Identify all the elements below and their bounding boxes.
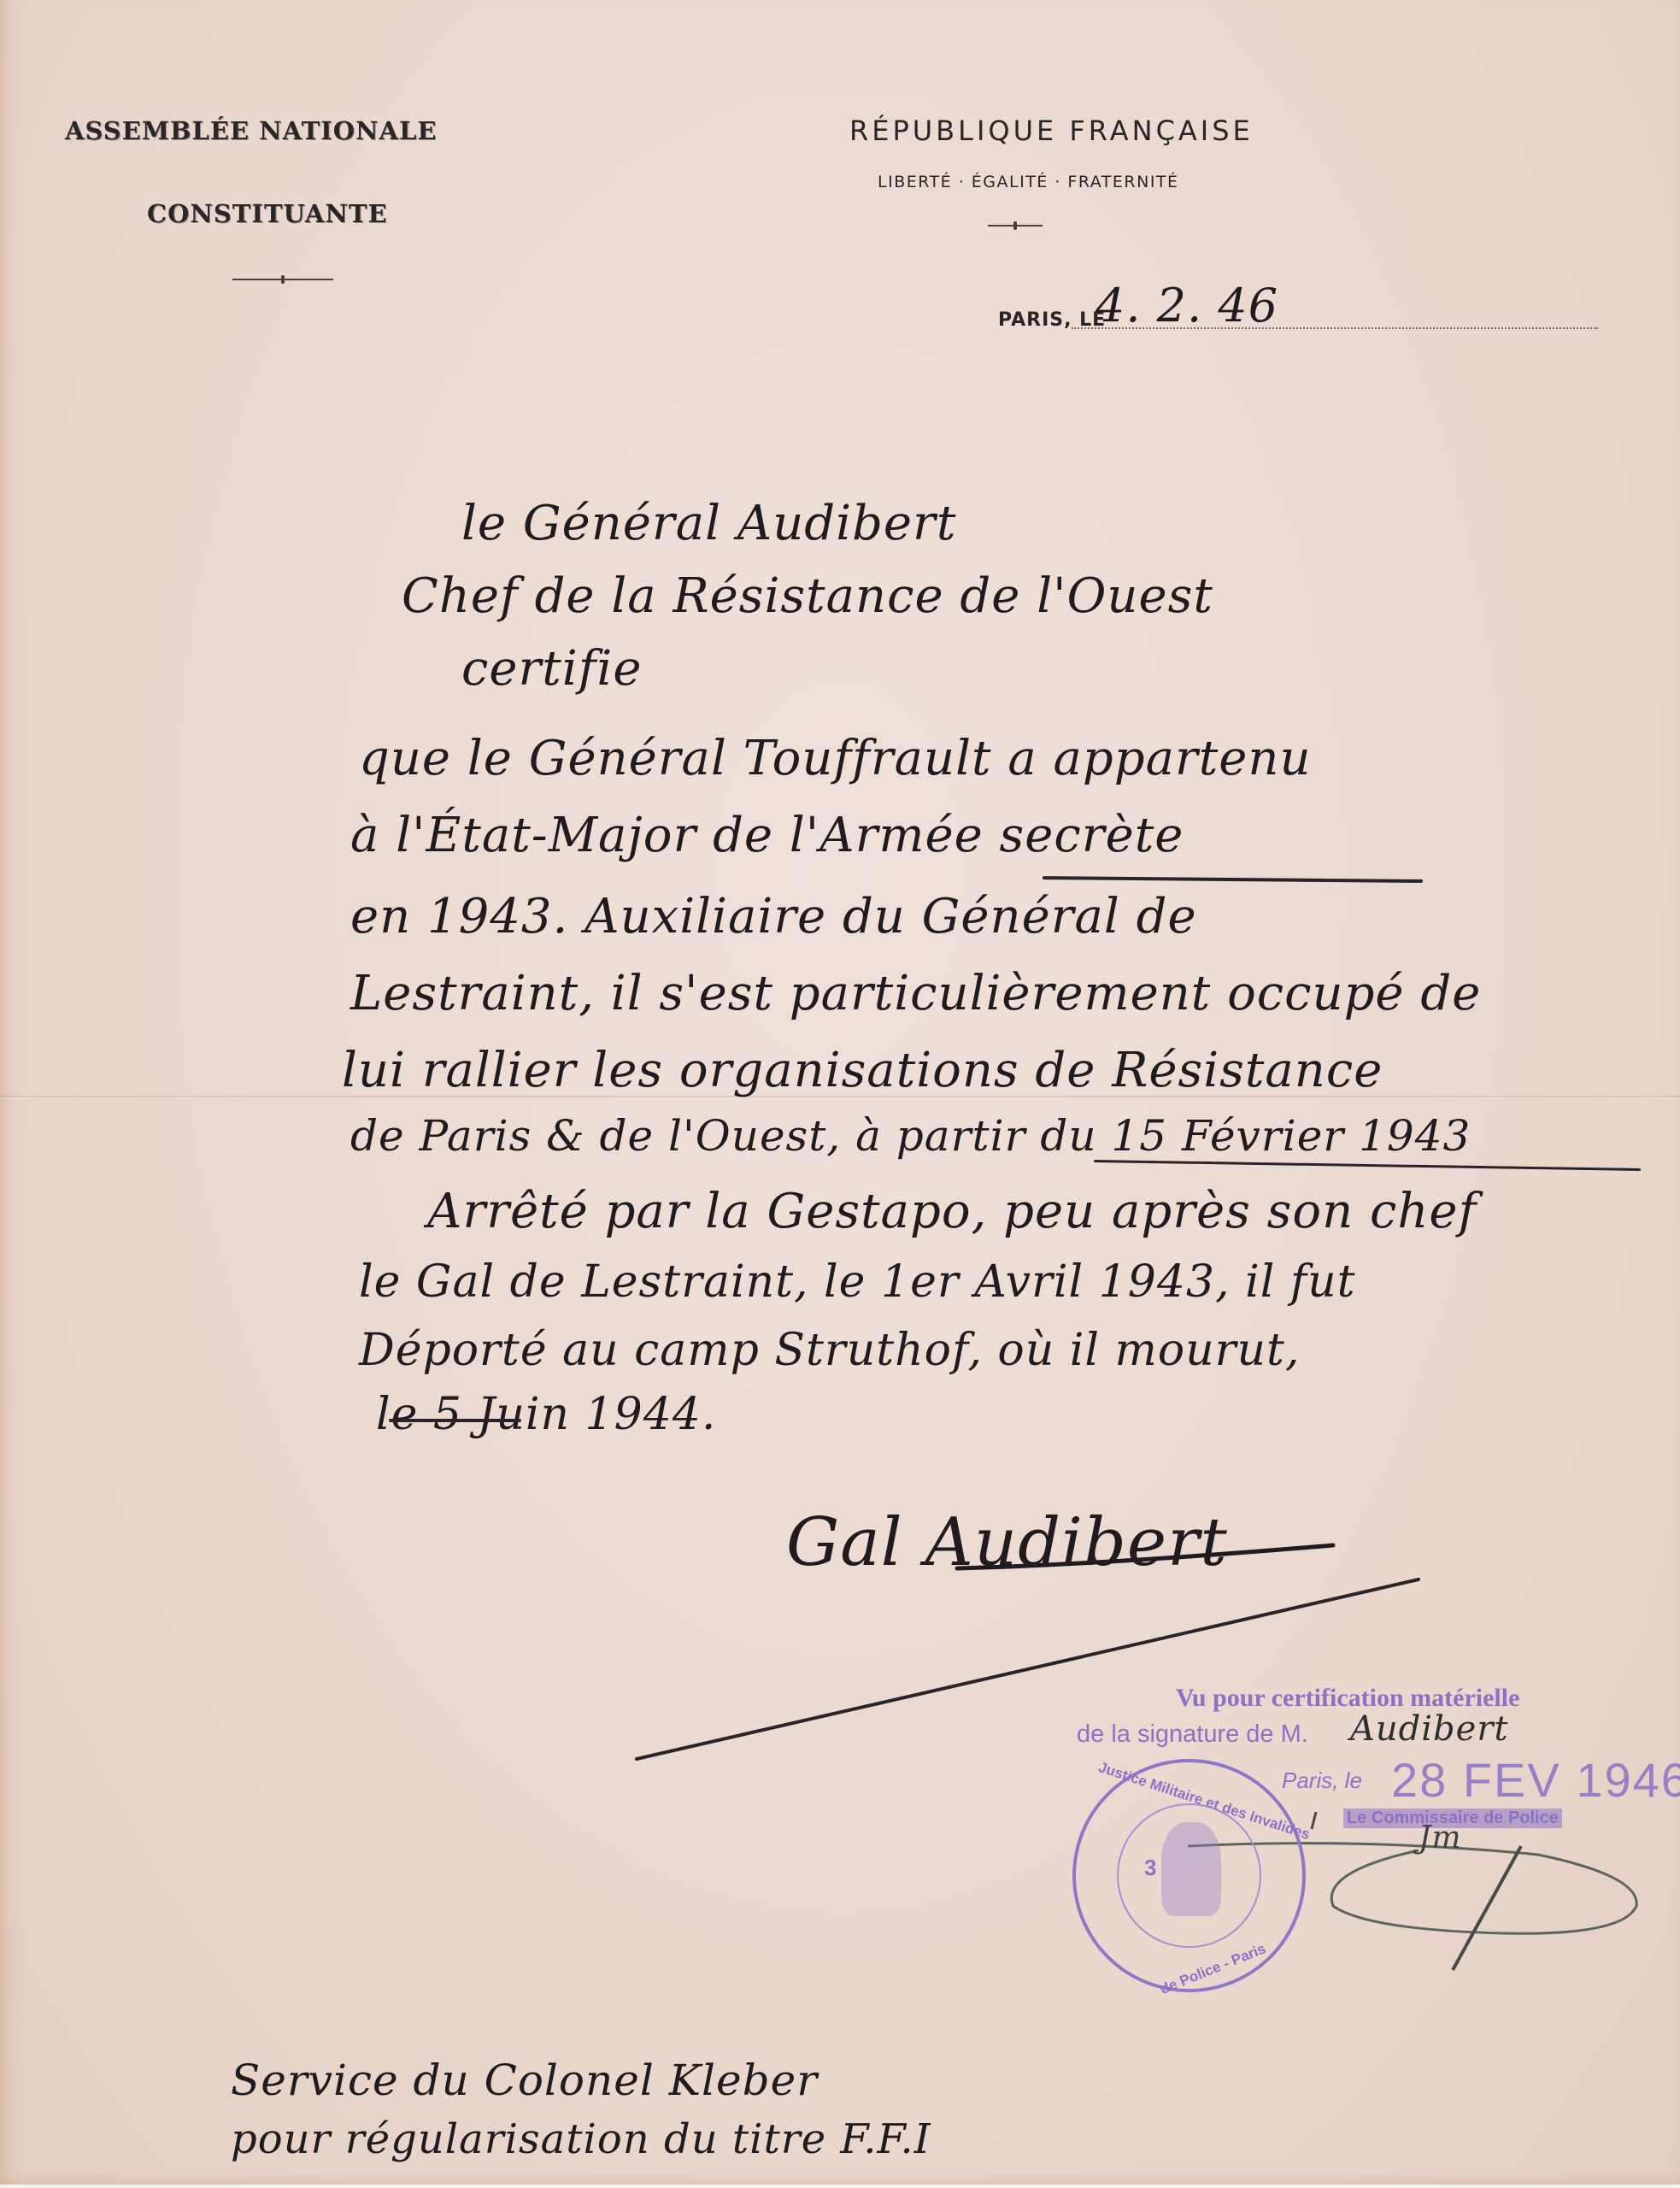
signature-strokes	[0, 0, 1680, 2188]
stamp-place-label: Paris, le	[1282, 1767, 1362, 1794]
stamp-line-2-label: de la signature de M.	[1077, 1720, 1308, 1749]
stamp-initials: Jm	[1419, 1820, 1462, 1856]
marianne-figure-icon	[1161, 1822, 1221, 1916]
stamp-date: 28 FEV 1946	[1391, 1752, 1680, 1808]
seal-number: 3	[1144, 1855, 1156, 1881]
footer-note-line-2: pour régularisation du titre F.F.I	[231, 2115, 931, 2163]
footer-note-line-1: Service du Colonel Kleber	[231, 2056, 818, 2105]
stamp-line-1: Vu pour certification matérielle	[1176, 1684, 1519, 1713]
police-seal: 3 Justice Militaire et des Invalides de …	[1072, 1759, 1306, 1992]
stamp-line-2-name: Audibert	[1350, 1709, 1509, 1749]
